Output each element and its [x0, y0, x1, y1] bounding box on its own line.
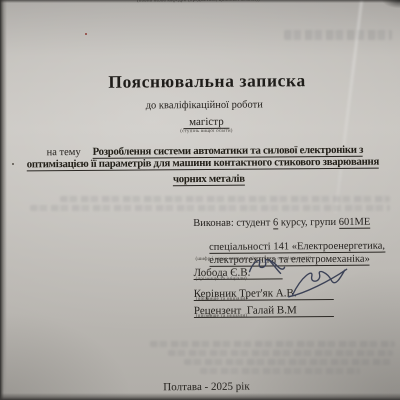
topic-label: на тему — [47, 147, 81, 158]
group-code: 601МЕ — [339, 217, 371, 229]
topic-line-3: чорних металів — [173, 173, 245, 187]
document-content: (повна назва кафедри (предметної, циклов… — [0, 0, 400, 400]
performer-prefix: Виконав: студент — [193, 217, 273, 229]
reviewer-name-caption: (прізвище та ініціали) — [196, 314, 247, 319]
photo-edge-bottom — [0, 393, 400, 400]
performer-mid: курсу, групи — [278, 217, 339, 228]
photo-edge-left — [0, 0, 7, 400]
scanned-title-page: (повна назва кафедри (предметної, циклов… — [0, 0, 400, 400]
performer-line: Виконав: студент 6 курсу, групи 601МЕ — [193, 217, 370, 229]
supervisor-signature — [287, 265, 349, 299]
degree-value: магістр — [183, 116, 229, 129]
photo-corner-shadow — [374, 0, 400, 12]
photo-edge-top — [0, 0, 400, 3]
page-subtitle: до кваліфікаційної роботи — [4, 98, 400, 112]
page-title: Пояснювальна записка — [7, 69, 400, 93]
student-signature — [246, 255, 286, 277]
student-name-caption: (прізвище та ініціали) — [196, 277, 247, 282]
topic-line-3-wrap: чорних металів — [9, 167, 400, 188]
